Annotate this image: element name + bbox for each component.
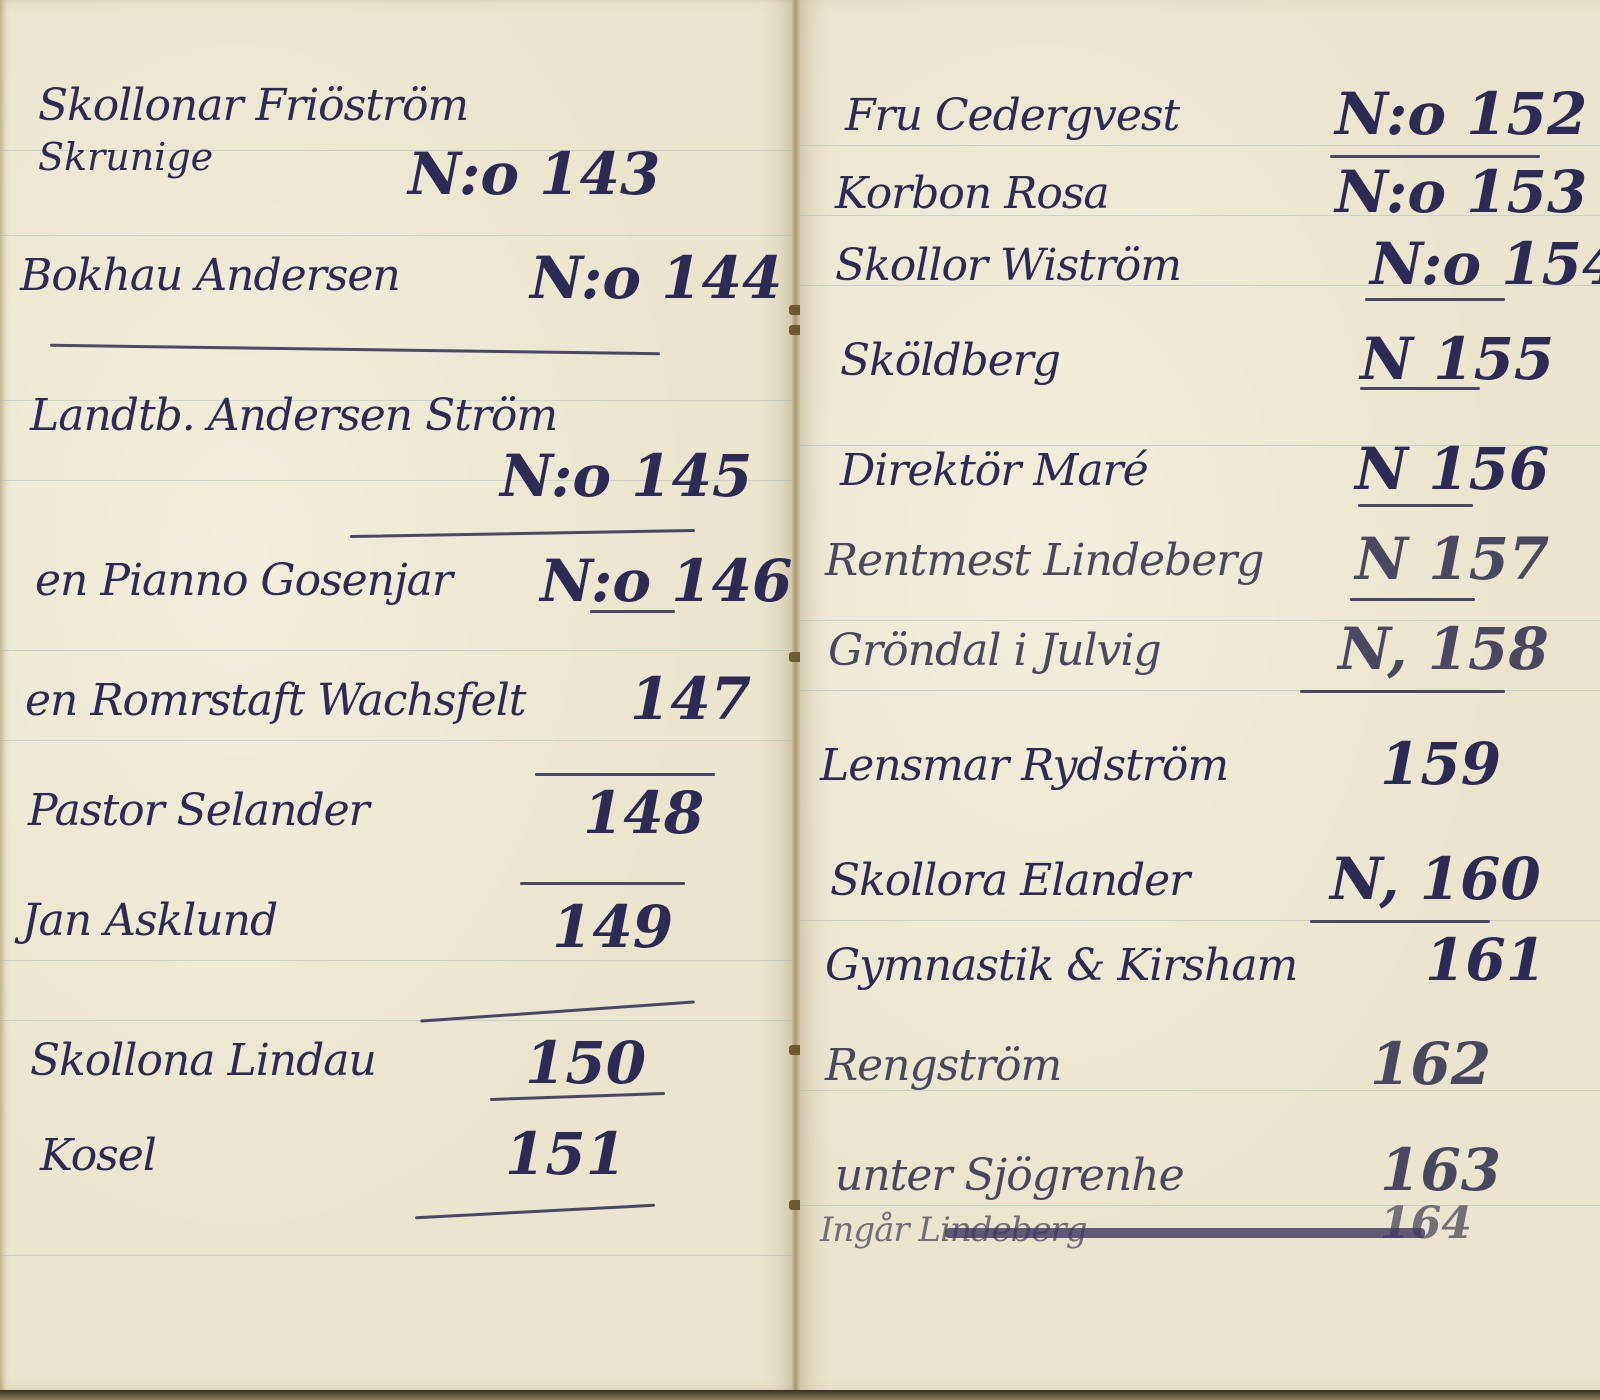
- entry-name: Gröndal i Julvig: [828, 625, 1161, 676]
- notebook-spread: Skollonar Friöström Skrunige N:o 143 Bok…: [0, 0, 1600, 1400]
- entry-158: Gröndal i Julvig N, 158: [828, 625, 1588, 676]
- entry-number: N:o 153: [1335, 158, 1587, 226]
- entry-name: Sköldberg: [840, 335, 1060, 386]
- entry-number: 148: [583, 779, 704, 847]
- entry-name: Skollora Elander: [830, 855, 1189, 906]
- entry-number: 150: [525, 1029, 646, 1097]
- number-underline: [1365, 298, 1505, 301]
- entry-154: Skollor Wiström N:o 154: [835, 240, 1595, 291]
- entry-155: Sköldberg N 155: [840, 335, 1600, 386]
- entry-name: Skollona Lindau: [30, 1035, 376, 1086]
- entry-name: en Pianno Gosenjar: [35, 555, 452, 606]
- entry-name: Lensmar Rydström: [820, 740, 1228, 791]
- entry-name: Jan Asklund: [22, 895, 277, 946]
- entry-name: Kosel: [40, 1130, 156, 1181]
- separator-line: [350, 529, 695, 538]
- entry-number: N 157: [1355, 525, 1549, 593]
- entry-159: Lensmar Rydström 159: [820, 740, 1580, 791]
- number-underline: [590, 610, 675, 613]
- entry-number: 161: [1425, 926, 1546, 994]
- entry-name: Pastor Selander: [28, 785, 369, 836]
- number-underline: [1358, 504, 1473, 507]
- number-underline: [1300, 690, 1505, 693]
- entry-number: N:o 146: [540, 547, 792, 615]
- entry-number: 162: [1370, 1030, 1491, 1098]
- entry-157: Rentmest Lindeberg N 157: [825, 535, 1585, 586]
- entry-144: Bokhau Andersen N:o 144: [20, 250, 760, 301]
- entry-number: 149: [552, 893, 673, 961]
- entry-148: Pastor Selander 148: [28, 785, 768, 836]
- entry-name: Bokhau Andersen: [20, 250, 400, 301]
- entry-number: N:o 143: [408, 140, 660, 208]
- number-underline: [1350, 598, 1475, 601]
- entry-name: Rengström: [825, 1040, 1061, 1091]
- entry-number: N:o 152: [1335, 80, 1587, 148]
- entry-number: 163: [1380, 1136, 1501, 1204]
- entry-151: Kosel 151: [40, 1130, 780, 1181]
- entry-name: Direktör Maré: [840, 445, 1148, 496]
- entry-143: Skollonar Friöström Skrunige N:o 143: [38, 80, 738, 179]
- entry-name: Korbon Rosa: [835, 168, 1109, 219]
- entry-number: 147: [630, 665, 751, 733]
- entry-number: N:o 144: [530, 244, 782, 312]
- separator-line: [50, 344, 660, 356]
- entry-149: Jan Asklund 149: [22, 895, 762, 946]
- entry-number: N 155: [1360, 325, 1554, 393]
- entry-name: Skollor Wiström: [835, 240, 1181, 291]
- entry-153: Korbon Rosa N:o 153: [835, 168, 1595, 219]
- left-page: Skollonar Friöström Skrunige N:o 143 Bok…: [0, 0, 792, 1390]
- number-underline: [535, 773, 715, 776]
- number-underline: [1360, 387, 1480, 390]
- entry-name: Gymnastik & Kirsham: [825, 940, 1297, 991]
- entry-number: N:o 145: [500, 442, 752, 510]
- entry-number: N, 160: [1330, 845, 1541, 913]
- entry-161: Gymnastik & Kirsham 161: [825, 940, 1585, 991]
- entry-163: unter Sjögrenhe 163: [835, 1150, 1595, 1201]
- entry-150: Skollona Lindau 150: [30, 1035, 770, 1086]
- entry-name: Rentmest Lindeberg: [825, 535, 1263, 586]
- entry-number: N 156: [1355, 435, 1549, 503]
- entry-name: Fru Cedergvest: [845, 90, 1179, 141]
- entry-number: N:o 154: [1370, 230, 1600, 298]
- entry-number: 159: [1380, 730, 1501, 798]
- entry-name: Landtb. Andersen Ström: [30, 390, 557, 441]
- entry-name: unter Sjögrenhe: [835, 1150, 1184, 1201]
- separator-line: [415, 1204, 655, 1220]
- entry-name: Skollonar Friöström: [38, 80, 468, 131]
- right-page: Fru Cedergvest N:o 152 Korbon Rosa N:o 1…: [800, 0, 1600, 1390]
- entry-156: Direktör Maré N 156: [840, 445, 1600, 496]
- entry-152: Fru Cedergvest N:o 152: [845, 90, 1600, 141]
- strikethrough-line: [945, 1228, 1425, 1238]
- entry-number: 164: [1380, 1198, 1472, 1249]
- entry-160: Skollora Elander N, 160: [830, 855, 1590, 906]
- entry-145: Landtb. Andersen Ström N:o 145: [30, 390, 770, 441]
- entry-number: 151: [505, 1120, 626, 1188]
- entry-147: en Romrstaft Wachsfelt 147: [25, 675, 765, 726]
- entry-146: en Pianno Gosenjar N:o 146: [35, 555, 775, 606]
- page-bottom-edge: [0, 1390, 1600, 1400]
- separator-line: [1310, 920, 1490, 923]
- entry-name: en Romrstaft Wachsfelt: [25, 675, 525, 726]
- book-spine: [792, 0, 800, 1390]
- number-underline: [520, 882, 685, 885]
- entry-162: Rengström 162: [825, 1040, 1585, 1091]
- entry-number: N, 158: [1338, 615, 1549, 683]
